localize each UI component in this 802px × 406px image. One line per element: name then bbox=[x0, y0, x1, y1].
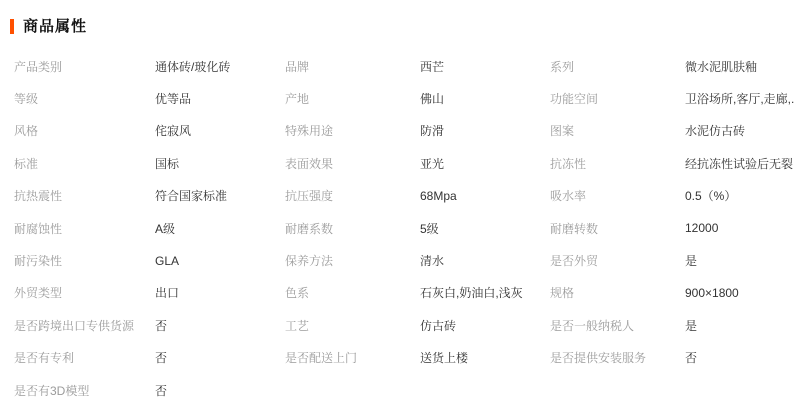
attr-value: 经抗冻性试验后无裂... bbox=[685, 155, 794, 172]
attr-value: 是 bbox=[685, 317, 794, 334]
attr-value: 卫浴场所,客厅,走廊,... bbox=[685, 90, 794, 107]
attr-label: 耐磨系数 bbox=[285, 220, 420, 237]
attr-label: 耐磨转数 bbox=[550, 220, 685, 237]
attr-label: 图案 bbox=[550, 122, 685, 139]
attr-label: 功能空间 bbox=[550, 90, 685, 107]
attr-label: 是否有专利 bbox=[14, 349, 155, 366]
attr-value: 仿古砖 bbox=[420, 317, 550, 334]
attr-value: 出口 bbox=[155, 284, 285, 301]
attr-value: 符合国家标准 bbox=[155, 187, 285, 204]
attr-label: 标准 bbox=[14, 155, 155, 172]
attr-label: 特殊用途 bbox=[285, 122, 420, 139]
attr-label: 耐腐蚀性 bbox=[14, 220, 155, 237]
attr-value: 石灰白,奶油白,浅灰 bbox=[420, 284, 550, 301]
attr-label: 色系 bbox=[285, 284, 420, 301]
attr-value: 送货上楼 bbox=[420, 349, 550, 366]
attr-value: 68Mpa bbox=[420, 189, 550, 203]
attr-value: 水泥仿古砖 bbox=[685, 122, 794, 139]
attr-label: 抗冻性 bbox=[550, 155, 685, 172]
attr-value: 国标 bbox=[155, 155, 285, 172]
attr-value: 侘寂风 bbox=[155, 122, 285, 139]
attr-value: 优等品 bbox=[155, 90, 285, 107]
attr-value: 通体砖/玻化砖 bbox=[155, 58, 285, 75]
attr-label: 产地 bbox=[285, 90, 420, 107]
attr-label: 是否一般纳税人 bbox=[550, 317, 685, 334]
attr-value: 否 bbox=[155, 349, 285, 366]
attr-label: 工艺 bbox=[285, 317, 420, 334]
attr-label: 外贸类型 bbox=[14, 284, 155, 301]
attr-label: 耐污染性 bbox=[14, 252, 155, 269]
attr-label: 是否跨境出口专供货源 bbox=[14, 317, 155, 334]
attr-label: 是否配送上门 bbox=[285, 349, 420, 366]
attr-value: 否 bbox=[685, 349, 794, 366]
attr-value: 微水泥肌肤釉 bbox=[685, 58, 794, 75]
attr-label: 是否外贸 bbox=[550, 252, 685, 269]
attr-value: 清水 bbox=[420, 252, 550, 269]
accent-bar-icon bbox=[10, 19, 14, 34]
attr-value: GLA bbox=[155, 254, 285, 268]
attr-label: 品牌 bbox=[285, 58, 420, 75]
attr-value: 西芒 bbox=[420, 58, 550, 75]
attr-label: 抗热震性 bbox=[14, 187, 155, 204]
attr-label: 抗压强度 bbox=[285, 187, 420, 204]
attr-label: 是否有3D模型 bbox=[14, 382, 155, 399]
attributes-grid: 产品类别 通体砖/玻化砖 品牌 西芒 系列 微水泥肌肤釉 等级 优等品 产地 佛… bbox=[0, 50, 802, 406]
attr-label: 是否提供安装服务 bbox=[550, 349, 685, 366]
attr-value: 否 bbox=[155, 317, 285, 334]
attr-label: 保养方法 bbox=[285, 252, 420, 269]
attr-label: 表面效果 bbox=[285, 155, 420, 172]
section-title: 商品属性 bbox=[23, 19, 87, 34]
attr-value: 12000 bbox=[685, 221, 794, 235]
product-attributes-panel: 商品属性 产品类别 通体砖/玻化砖 品牌 西芒 系列 微水泥肌肤釉 等级 优等品… bbox=[0, 0, 802, 406]
attr-label: 规格 bbox=[550, 284, 685, 301]
attr-label: 系列 bbox=[550, 58, 685, 75]
attr-value: A级 bbox=[155, 220, 285, 237]
attr-value: 是 bbox=[685, 252, 794, 269]
attr-value: 佛山 bbox=[420, 90, 550, 107]
attr-value: 否 bbox=[155, 382, 285, 399]
attr-label: 风格 bbox=[14, 122, 155, 139]
attr-value: 5级 bbox=[420, 220, 550, 237]
section-header: 商品属性 bbox=[10, 16, 802, 36]
attr-value: 亚光 bbox=[420, 155, 550, 172]
attr-label: 产品类别 bbox=[14, 58, 155, 75]
attr-label: 等级 bbox=[14, 90, 155, 107]
attr-value: 防滑 bbox=[420, 122, 550, 139]
attr-value: 0.5（%） bbox=[685, 187, 794, 204]
attr-value: 900×1800 bbox=[685, 286, 794, 300]
attr-label: 吸水率 bbox=[550, 187, 685, 204]
